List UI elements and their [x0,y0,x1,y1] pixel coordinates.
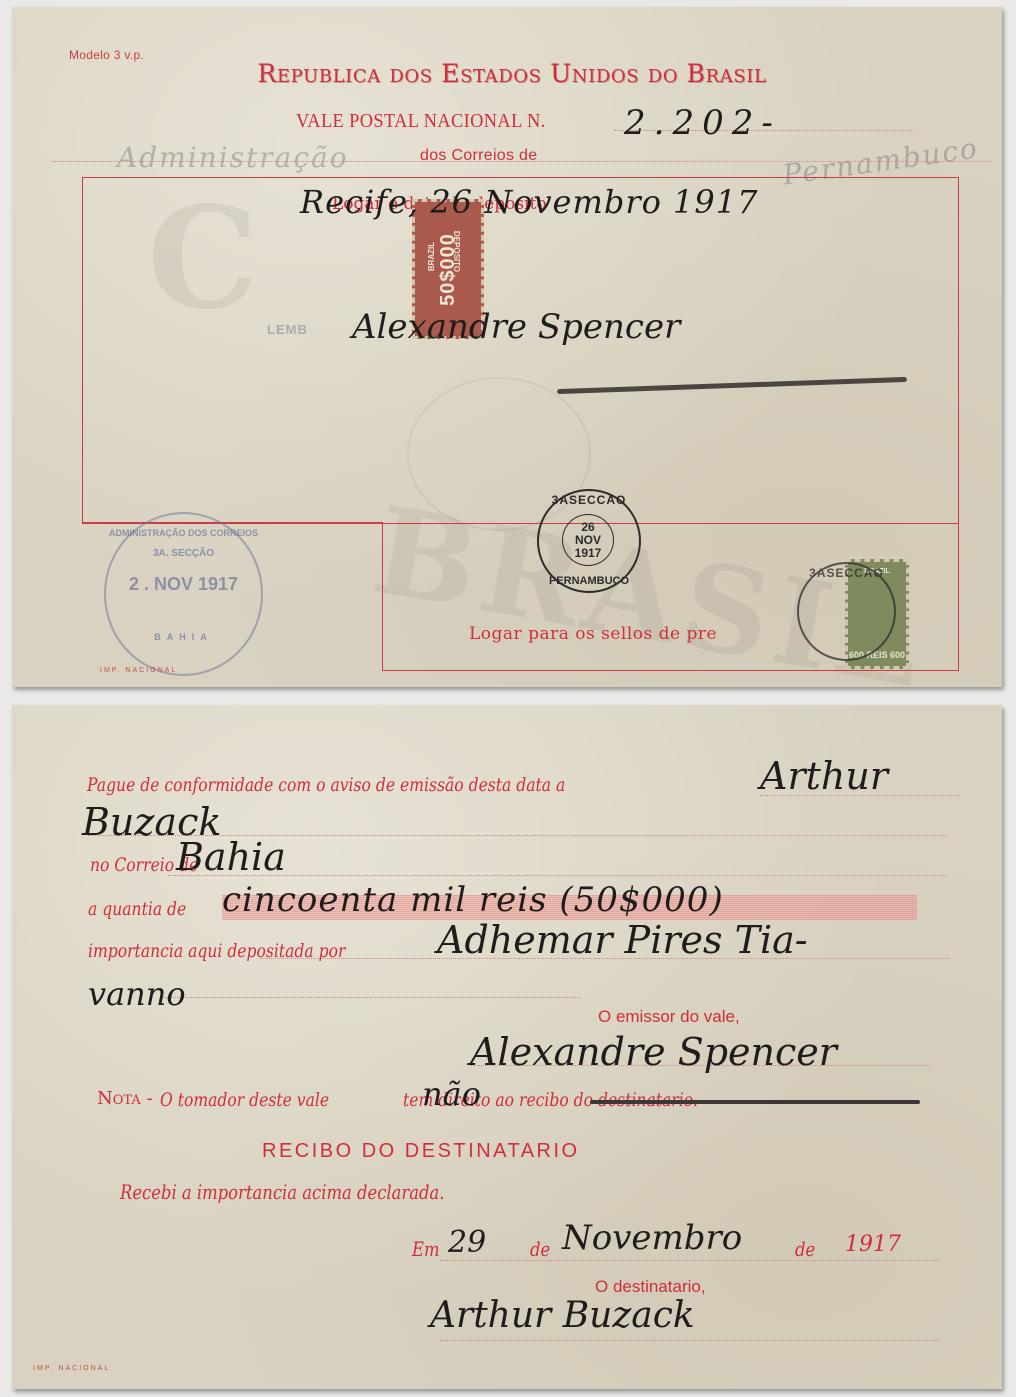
receipt-year: 1917 [845,1232,901,1257]
postmark-secondary: 3ASECCAO [797,562,896,661]
issuer-signature-back: Alexandre Spencer [470,1030,837,1074]
box-divider [82,522,382,523]
strikethrough-line [590,1100,920,1104]
postmark-main: 3ASECCAO 26 NOV 1917 PERNAMBUCO [537,489,641,593]
amount-handwritten: cincoenta mil reis (50$000) [222,880,724,920]
faint-violet-stamp: LEMB [267,322,308,337]
recebi-text: Recebi a importancia acima declarada. [120,1180,445,1204]
pague-label: Pague de conformidade com o aviso de emi… [87,774,565,796]
depositor-line-2 [160,997,580,998]
issuer-signature-front: Alexandre Spencer [352,307,680,347]
receipt-month: Novembro [562,1218,742,1258]
quantia-label: a quantia de [88,898,186,920]
postmark-day: 26 [581,521,594,534]
oval-stamp-top: ADMINISTRAÇÃO DOS CORREIOS [106,528,261,538]
postmark-date: 26 NOV 1917 [562,514,614,566]
postmark-year: 1917 [575,547,602,560]
deposit-stamp-country: BRAZIL [427,242,436,271]
destination-office: Bahia [176,835,286,879]
receiver-signature-line [440,1340,940,1341]
postmark-secondary-ring: 3ASECCAO [799,566,894,580]
deposit-box [82,177,959,524]
faint-stamp-administracao: Administração [117,141,349,174]
nota-text-start: O tomador deste vale [160,1089,329,1111]
nota-label: Nota - [97,1088,153,1109]
postmark-ring-top: 3ASECCAO [539,493,639,507]
deposit-stamp-word: DEPOSITO [452,231,461,272]
de-label: de [530,1237,550,1261]
republic-title: Republica dos Estados Unidos do Brasil [202,59,822,88]
vale-number-handwritten: 2.202- [624,103,781,143]
depositor-name-cont: vanno [88,975,186,1013]
em-label: Em [412,1237,440,1261]
model-label: Modelo 3 v.p. [69,48,144,62]
receipt-day: 29 [448,1225,486,1260]
depositor-name: Adhemar Pires Tia- [437,918,808,962]
de-label-2: de [795,1237,815,1261]
handwritten-place-date: Recife, 26 Novembro 1917 [300,183,758,221]
vale-postal-label: VALE POSTAL NACIONAL N. [296,110,546,133]
receiver-signature: Arthur Buzack [430,1295,695,1336]
stamps-box-label: Logar para os sellos de pre [469,624,717,644]
receipt-title: RECIBO DO DESTINATARIO [262,1140,580,1163]
oval-stamp-date: 2 . NOV 1917 [106,574,261,595]
printer-mark: IMP. NACIONAL [100,667,177,674]
money-order-front: C BRASIL Modelo 3 v.p. Republica dos Est… [12,7,1002,687]
postmark-ring-bottom: PERNAMBUCO [539,575,639,587]
destinatario-label: O destinatario, [595,1277,706,1297]
oval-stamp-bottom: BAHIA [106,632,261,642]
payee-first-name: Arthur [760,754,888,798]
date-line [440,1260,940,1261]
correios-label: dos Correios de [420,147,537,165]
printer-mark-back: IMP. NACIONAL [33,1365,110,1372]
nota-handwritten-insert: não [422,1075,481,1113]
postmark-month: NOV [575,534,601,547]
oval-cancel-stamp: ADMINISTRAÇÃO DOS CORREIOS 3A. SECÇÃO 2 … [104,512,263,676]
emissor-label: O emissor do vale, [598,1007,740,1027]
oval-stamp-mid: 3A. SECÇÃO [106,548,261,559]
